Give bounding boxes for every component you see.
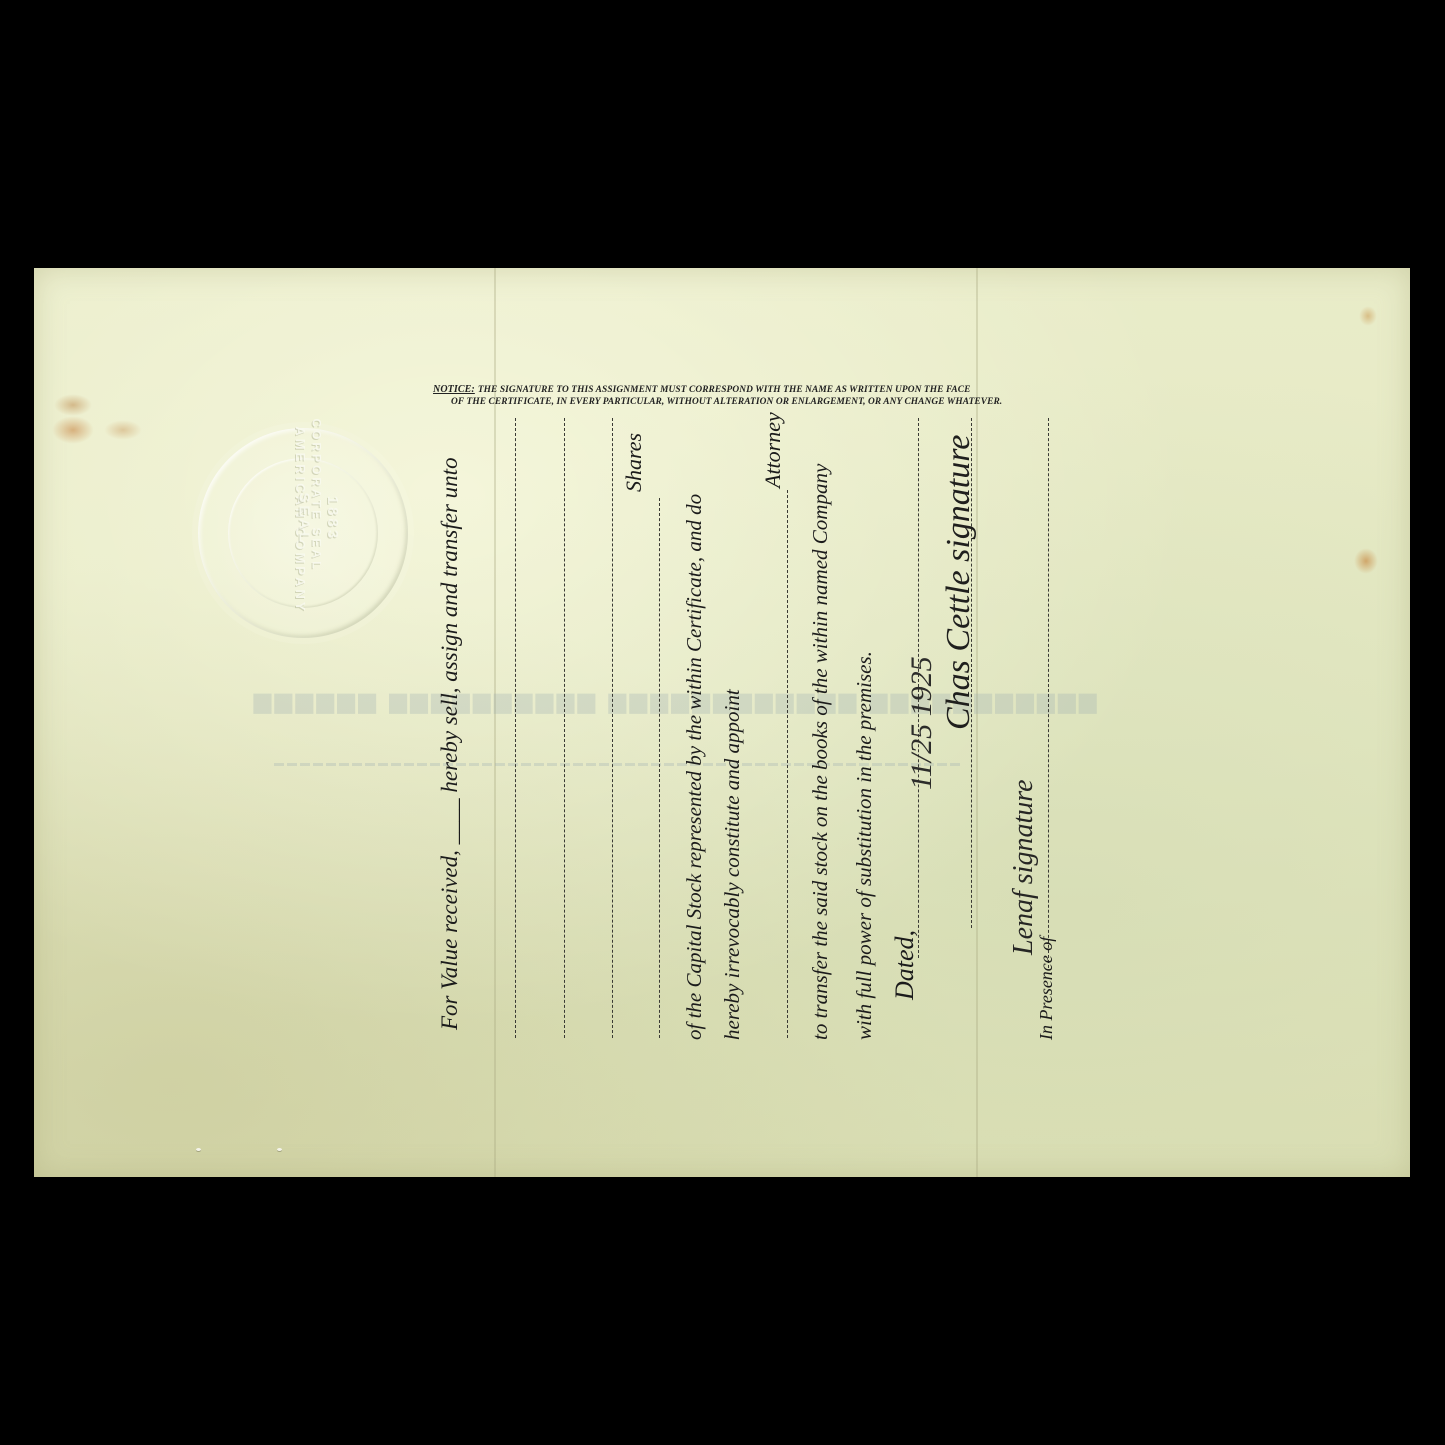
stain xyxy=(104,420,142,440)
stain xyxy=(52,416,94,444)
punch-hole xyxy=(277,1148,282,1151)
notice-line-1: THE SIGNATURE TO THIS ASSIGNMENT MUST CO… xyxy=(478,385,971,395)
notice-line-2: OF THE CERTIFICATE, IN EVERY PARTICULAR,… xyxy=(433,396,1083,408)
dated-label: Dated, xyxy=(890,930,920,1000)
shares-blank-line[interactable] xyxy=(659,498,660,1038)
attorney-blank-line[interactable] xyxy=(787,490,788,1038)
embossed-seal: AMERICAN COMPANY 1883 SEAL CORPORATE SEA… xyxy=(198,428,408,638)
witness-line[interactable] xyxy=(1048,418,1049,968)
transfer-stock-text: to transfer the said stock on the books … xyxy=(808,464,833,1040)
shares-label: Shares xyxy=(621,433,647,492)
full-power-text: with full power of substitution in the p… xyxy=(852,651,877,1040)
attorney-label: Attorney xyxy=(760,412,786,488)
stain xyxy=(1354,548,1378,574)
punch-hole xyxy=(196,1148,201,1151)
for-value-received-text: For Value received, ____ hereby sell, as… xyxy=(437,457,463,1030)
handwritten-date: 11/25 1925 xyxy=(905,656,939,790)
notice-header: NOTICE:THE SIGNATURE TO THIS ASSIGNMENT … xyxy=(433,384,1083,408)
stain xyxy=(54,394,92,416)
assignee-blank-line-1[interactable] xyxy=(515,418,516,1038)
seal-ring-bottom-text: CORPORATE SEAL xyxy=(310,418,324,571)
assignee-blank-line-2[interactable] xyxy=(564,418,565,1038)
owner-signature: Chas Cettle signature xyxy=(940,435,978,730)
assignee-blank-line-3[interactable] xyxy=(612,418,613,1038)
irrevocably-appoint-text: hereby irrevocably constitute and appoin… xyxy=(720,689,745,1040)
witness-signature: Lenaf signature xyxy=(1008,779,1040,955)
capital-stock-text: of the Capital Stock represented by the … xyxy=(682,494,707,1040)
seal-year: 1883 xyxy=(324,496,341,541)
stain xyxy=(1359,306,1377,326)
notice-label: NOTICE: xyxy=(433,384,475,395)
